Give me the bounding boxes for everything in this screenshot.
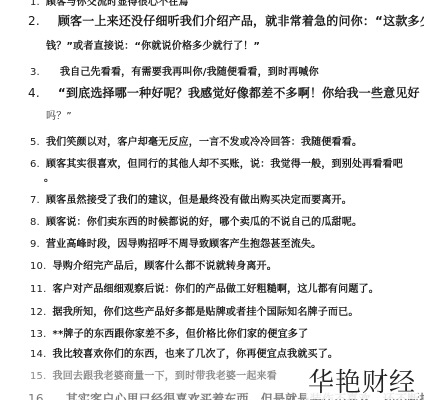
list-item: 5.我们笑颜以对，客户却毫无反应，一言不发或冷冷回答：我随便看看。 xyxy=(30,136,414,150)
list-item: 4.“到底选择哪一种好呢？我感觉好像都差不多啊！你给我一些意见好 xyxy=(28,86,414,100)
item-number: 3. xyxy=(30,67,40,78)
item-text: 吗？” xyxy=(46,111,72,122)
item-number: 6. xyxy=(30,159,40,170)
item-text: 我自己先看看，有需要我再叫你/我随便看看，到时再喊你 xyxy=(60,67,319,78)
document-page: 1.顾客与你交流时显得很心不在焉 2.顾客一上来还没仔细听我们介绍产品，就非常着… xyxy=(0,0,424,400)
list-item: 14.我比较喜欢你们的东西，也来了几次了，你再便宜点我就买了。 xyxy=(30,348,414,362)
item-number: 14. xyxy=(30,349,47,360)
item-number: 5. xyxy=(30,137,40,148)
list-item: 9.营业高峰时段，因导购招呼不周导致顾客产生抱怨甚至流失。 xyxy=(30,238,414,252)
item-text: 顾客一上来还没仔细听我们介绍产品，就非常着急的问你：“这款多少 xyxy=(58,14,424,28)
list-item: 7.顾客虽然接受了我们的建议，但是最终没有做出购买决定而要离开。 xyxy=(30,194,414,208)
item-number: 12. xyxy=(30,307,47,318)
list-item: 10.导购介绍完产品后，顾客什么都不说就转身离开。 xyxy=(30,260,414,274)
item-text: 我们笑颜以对，客户却毫无反应，一言不发或冷冷回答：我随便看看。 xyxy=(46,137,362,148)
item-number: 13. xyxy=(30,329,47,340)
item-number: 10. xyxy=(30,261,47,272)
item-text: 钱？”或者直接说：“你就说价格多少就行了！” xyxy=(46,41,260,52)
item-number: 15. xyxy=(30,371,47,382)
list-item: 6.顾客其实很喜欢，但同行的其他人却不买账，说：我觉得一般，到别处再看看吧 xyxy=(30,158,414,172)
list-item: 1.顾客与你交流时显得很心不在焉 xyxy=(30,0,414,10)
item-number: 11. xyxy=(30,284,47,295)
list-item: 2.顾客一上来还没仔细听我们介绍产品，就非常着急的问你：“这款多少 xyxy=(28,14,414,28)
item-text: 客户对产品细细观察后说：你们的产品做工好粗糙啊，这儿都有问题了。 xyxy=(53,284,379,295)
item-text: 。 xyxy=(44,173,54,184)
item-text: 顾客与你交流时显得很心不在焉 xyxy=(46,0,189,8)
item-number: 16. xyxy=(28,392,48,400)
item-text: **牌子的东西跟你家差不多，但价格比你们家的便宜多了 xyxy=(53,329,309,340)
list-item: 3.我自己先看看，有需要我再叫你/我随便看看，到时再喊你 xyxy=(30,66,414,80)
item-number: 9. xyxy=(30,239,40,250)
list-item: 12.据我所知，你们这些产品好多都是贴牌或者挂个国际知名牌子而已。 xyxy=(30,306,414,320)
list-item-continuation: 钱？”或者直接说：“你就说价格多少就行了！” xyxy=(46,40,414,54)
list-item: 8.顾客说：你们卖东西的时候都说的好，哪个卖瓜的不说自己的瓜甜呢。 xyxy=(30,216,414,230)
item-number: 7. xyxy=(30,195,40,206)
item-text: 顾客其实很喜欢，但同行的其他人却不买账，说：我觉得一般，到别处再看看吧 xyxy=(46,159,403,170)
item-text: 顾客虽然接受了我们的建议，但是最终没有做出购买决定而要离开。 xyxy=(46,195,352,206)
item-text: 营业高峰时段，因导购招呼不周导致顾客产生抱怨甚至流失。 xyxy=(46,239,321,250)
item-text: “到底选择哪一种好呢？我感觉好像都差不多啊！你给我一些意见好 xyxy=(58,86,420,100)
item-number: 2. xyxy=(28,14,40,28)
item-text: 我回去跟我老婆商量一下，到时带我老婆一起来看 xyxy=(53,371,277,382)
item-text: 我比较喜欢你们的东西，也来了几次了，你再便宜点我就买了。 xyxy=(53,349,339,360)
watermark-text: 华艳财经 xyxy=(306,362,418,399)
list-item: 11.客户对产品细细观察后说：你们的产品做工好粗糙啊，这儿都有问题了。 xyxy=(30,283,414,297)
item-text: 导购介绍完产品后，顾客什么都不说就转身离开。 xyxy=(53,261,277,272)
list-item-continuation: 吗？” xyxy=(46,110,414,124)
item-number: 1. xyxy=(30,0,40,8)
item-number: 4. xyxy=(28,86,40,100)
item-text: 顾客说：你们卖东西的时候都说的好，哪个卖瓜的不说自己的瓜甜呢。 xyxy=(46,217,362,228)
list-item-continuation: 。 xyxy=(44,172,414,186)
item-number: 8. xyxy=(30,217,40,228)
list-item: 13.**牌子的东西跟你家差不多，但价格比你们家的便宜多了 xyxy=(30,328,414,342)
item-text: 据我所知，你们这些产品好多都是贴牌或者挂个国际知名牌子而已。 xyxy=(53,307,359,318)
